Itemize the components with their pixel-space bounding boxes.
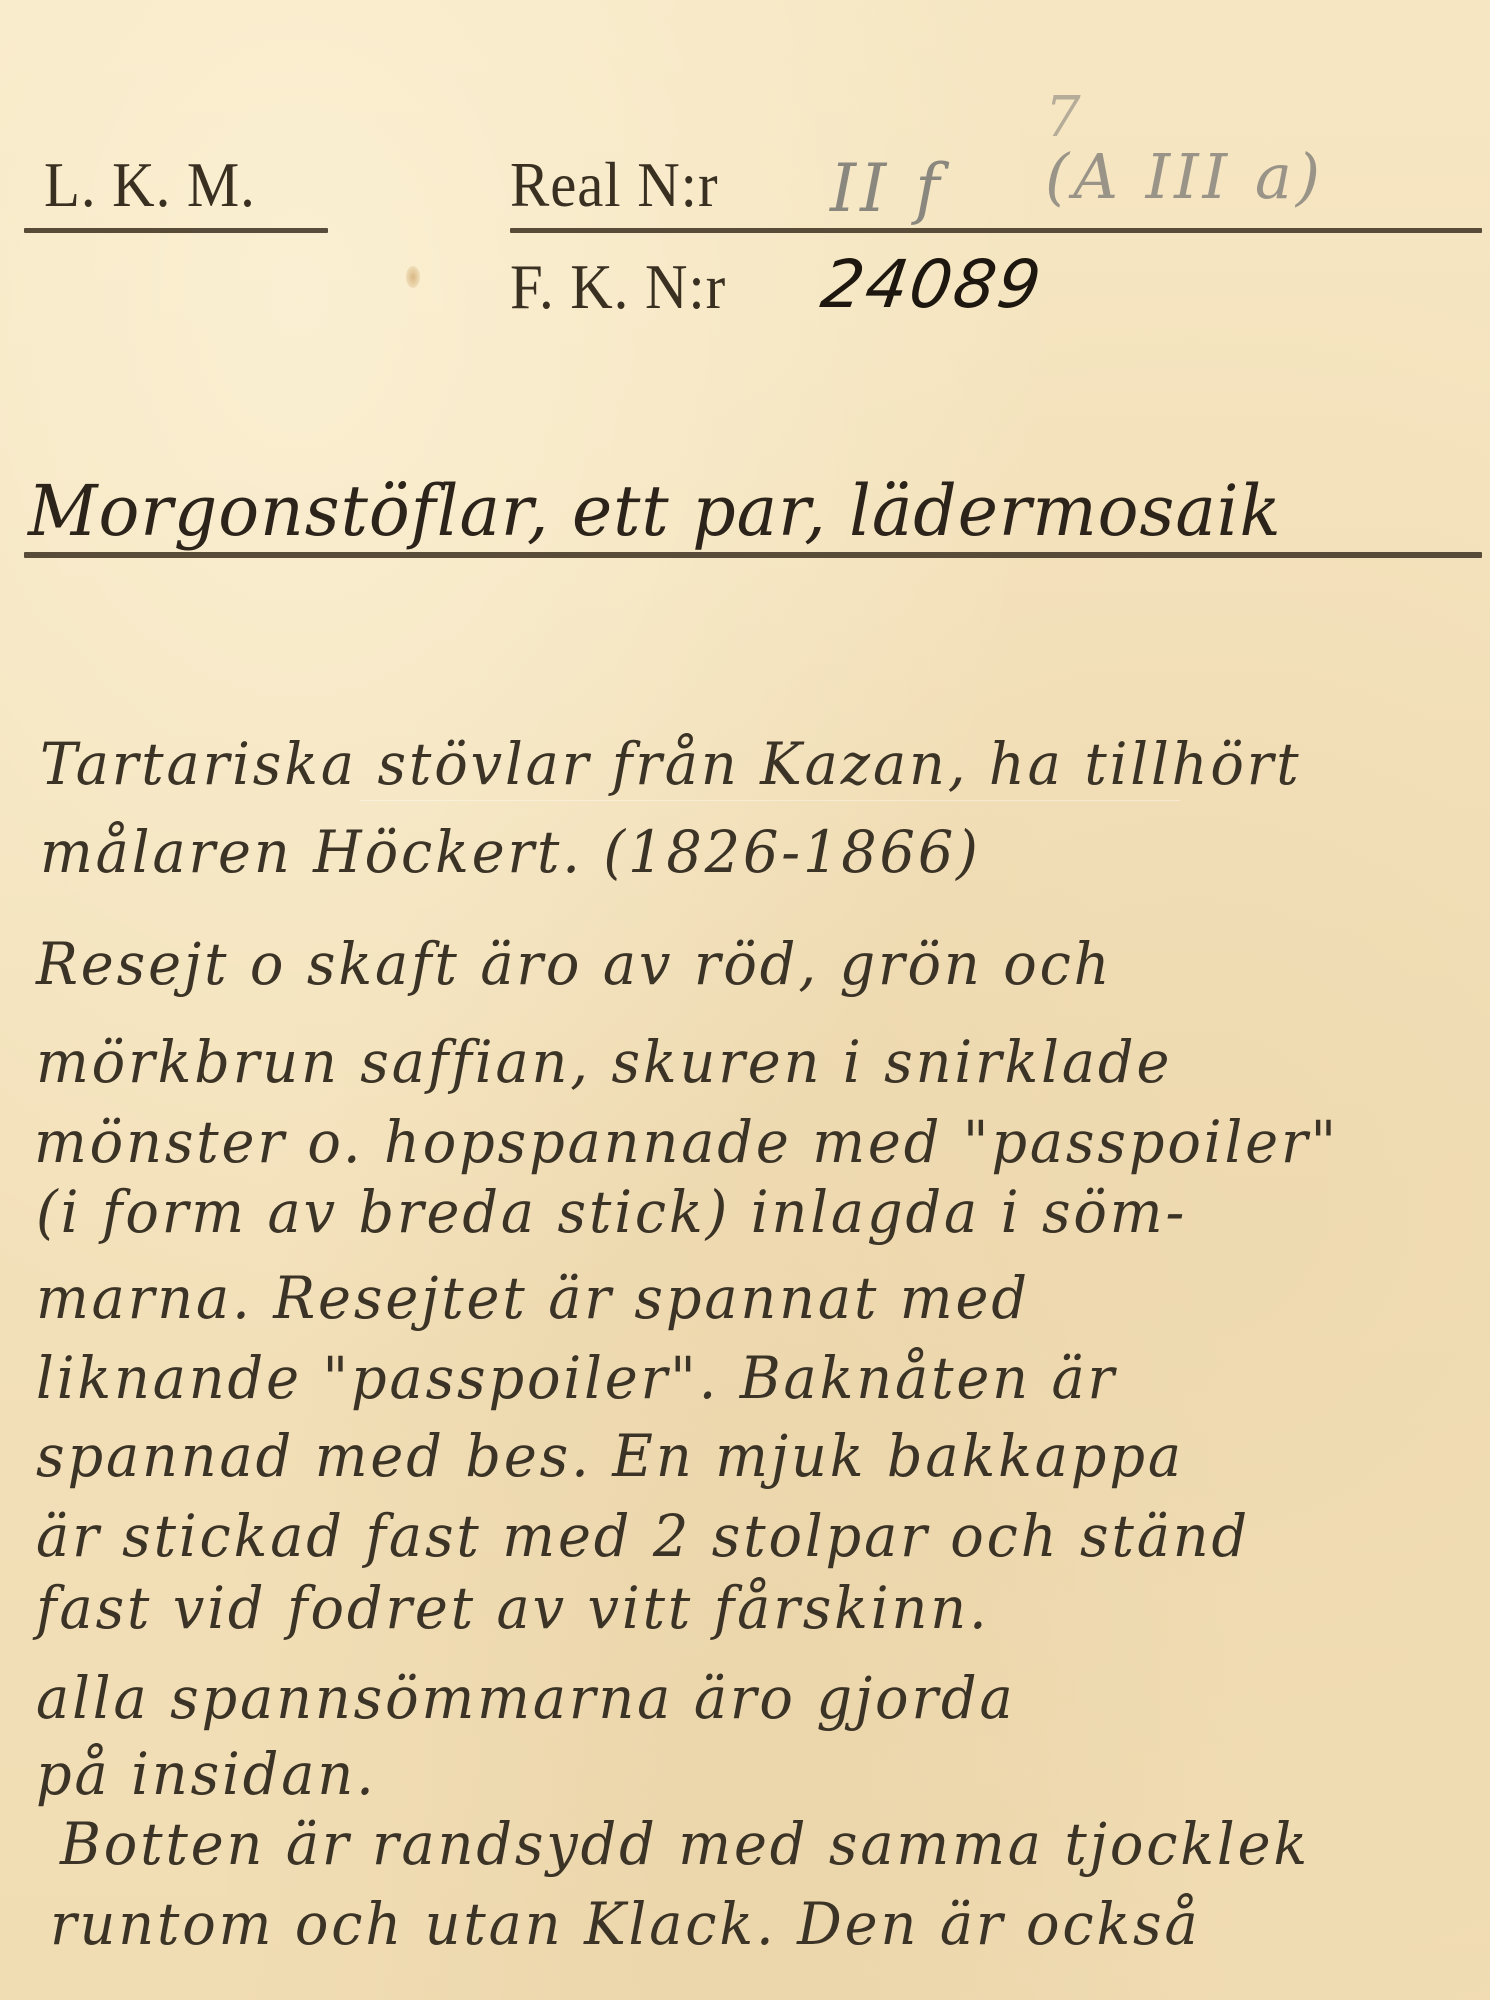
real-number-pencil-annotation: (A III a) [1045,140,1324,213]
description-line: (i form av breda stick) inlagda i söm- [36,1178,1187,1246]
description-line: på insidan. [36,1740,377,1808]
institution-label: L. K. M. [44,148,256,222]
catalogue-card: L. K. M. Real N:r II f 7 (A III a) F. K.… [0,0,1490,2000]
object-title: Morgonstöflar, ett par, lädermosaik [28,470,1282,552]
description-line: Tartariska stövlar från Kazan, ha tillhö… [40,730,1302,798]
institution-underline [24,228,328,233]
description-line: spannad med bes. En mjuk bakkappa [36,1422,1184,1490]
fk-number-value: 24089 [817,246,1048,323]
real-number-value: II f [830,150,944,227]
paper-crease [360,800,1180,801]
description-line: målaren Höckert. (1826-1866) [40,818,981,886]
description-line: mönster o. hopspannade med "passpoiler" [34,1108,1339,1176]
paper-stain [406,266,420,288]
description-line: fast vid fodret av vitt fårskinn. [36,1574,990,1642]
fk-number-label: F. K. N:r [510,250,726,324]
description-line: är stickad fast med 2 stolpar och ständ [36,1502,1250,1570]
real-number-underline [510,228,1482,233]
description-line: liknande "passpoiler". Baknåten är [36,1344,1117,1412]
title-underline [24,552,1482,558]
real-number-label: Real N:r [510,148,718,222]
description-line: mörkbrun saffian, skuren i snirklade [36,1028,1172,1096]
description-line: runtom och utan Klack. Den är också [50,1890,1201,1958]
description-line: marna. Resejtet är spannat med [36,1264,1030,1332]
description-line: alla spannsömmarna äro gjorda [36,1664,1016,1732]
description-line: Botten är randsydd med samma tjocklek [60,1810,1310,1878]
description-line: Resejt o skaft äro av röd, grön och [36,930,1112,998]
